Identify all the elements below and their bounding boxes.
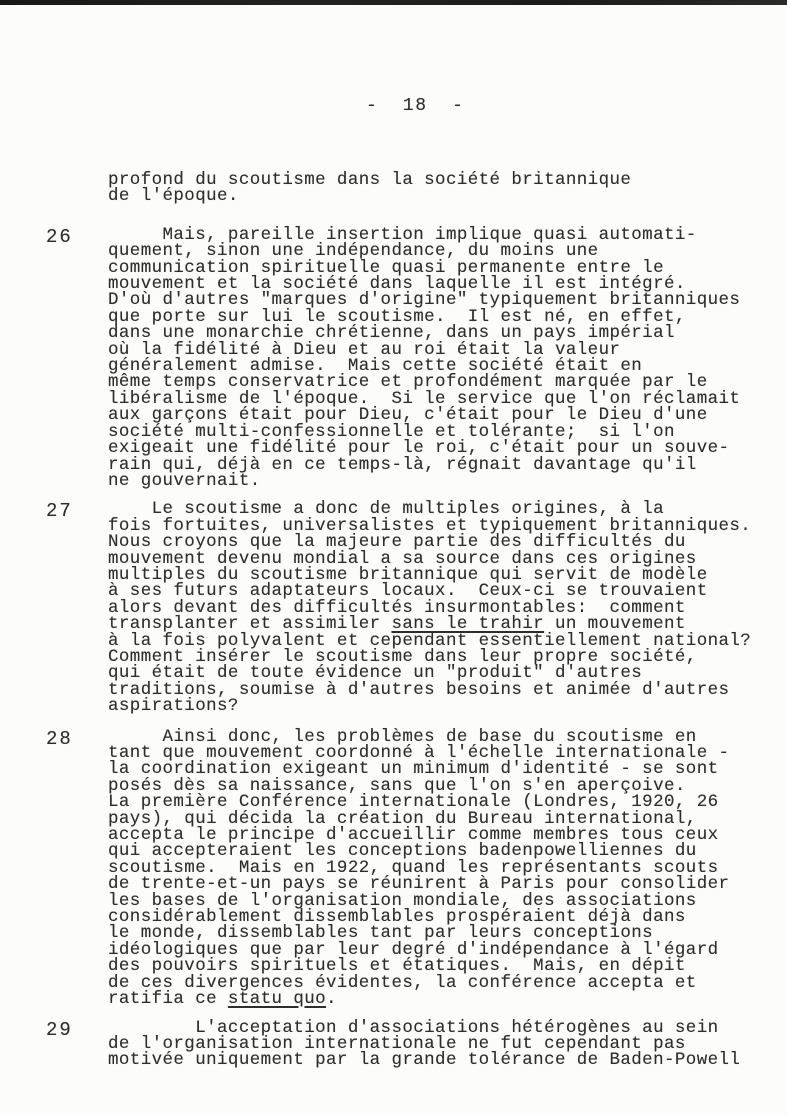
paragraph-28: 28 Ainsi donc, les problèmes de base du … bbox=[108, 729, 768, 1008]
scan-edge-top bbox=[0, 0, 787, 5]
margin-paragraph-number: 28 bbox=[46, 731, 73, 747]
margin-paragraph-number: 27 bbox=[46, 503, 73, 519]
text-line: ratifia ce statu quo. bbox=[108, 991, 768, 1007]
paragraph-continuation: profond du scoutisme dans la société bri… bbox=[108, 172, 768, 205]
paragraph-29: 29 L'acceptation d'associations hétérogè… bbox=[108, 1020, 768, 1069]
page-number: - 18 - bbox=[366, 96, 464, 116]
paragraph-27: 27 Le scoutisme a donc de multiples orig… bbox=[108, 501, 768, 714]
margin-paragraph-number: 26 bbox=[46, 229, 73, 245]
margin-paragraph-number: 29 bbox=[46, 1022, 73, 1038]
scanned-document-page: - 18 - profond du scoutisme dans la soci… bbox=[0, 0, 787, 1115]
text-line: de l'époque. bbox=[108, 188, 768, 204]
text-line: motivée uniquement par la grande toléran… bbox=[108, 1052, 768, 1068]
paragraph-26: 26 Mais, pareille insertion implique qua… bbox=[108, 227, 768, 490]
text-line: aspirations? bbox=[108, 698, 768, 714]
text-line: ne gouvernait. bbox=[108, 473, 768, 489]
document-text: profond du scoutisme dans la société bri… bbox=[108, 172, 768, 1069]
